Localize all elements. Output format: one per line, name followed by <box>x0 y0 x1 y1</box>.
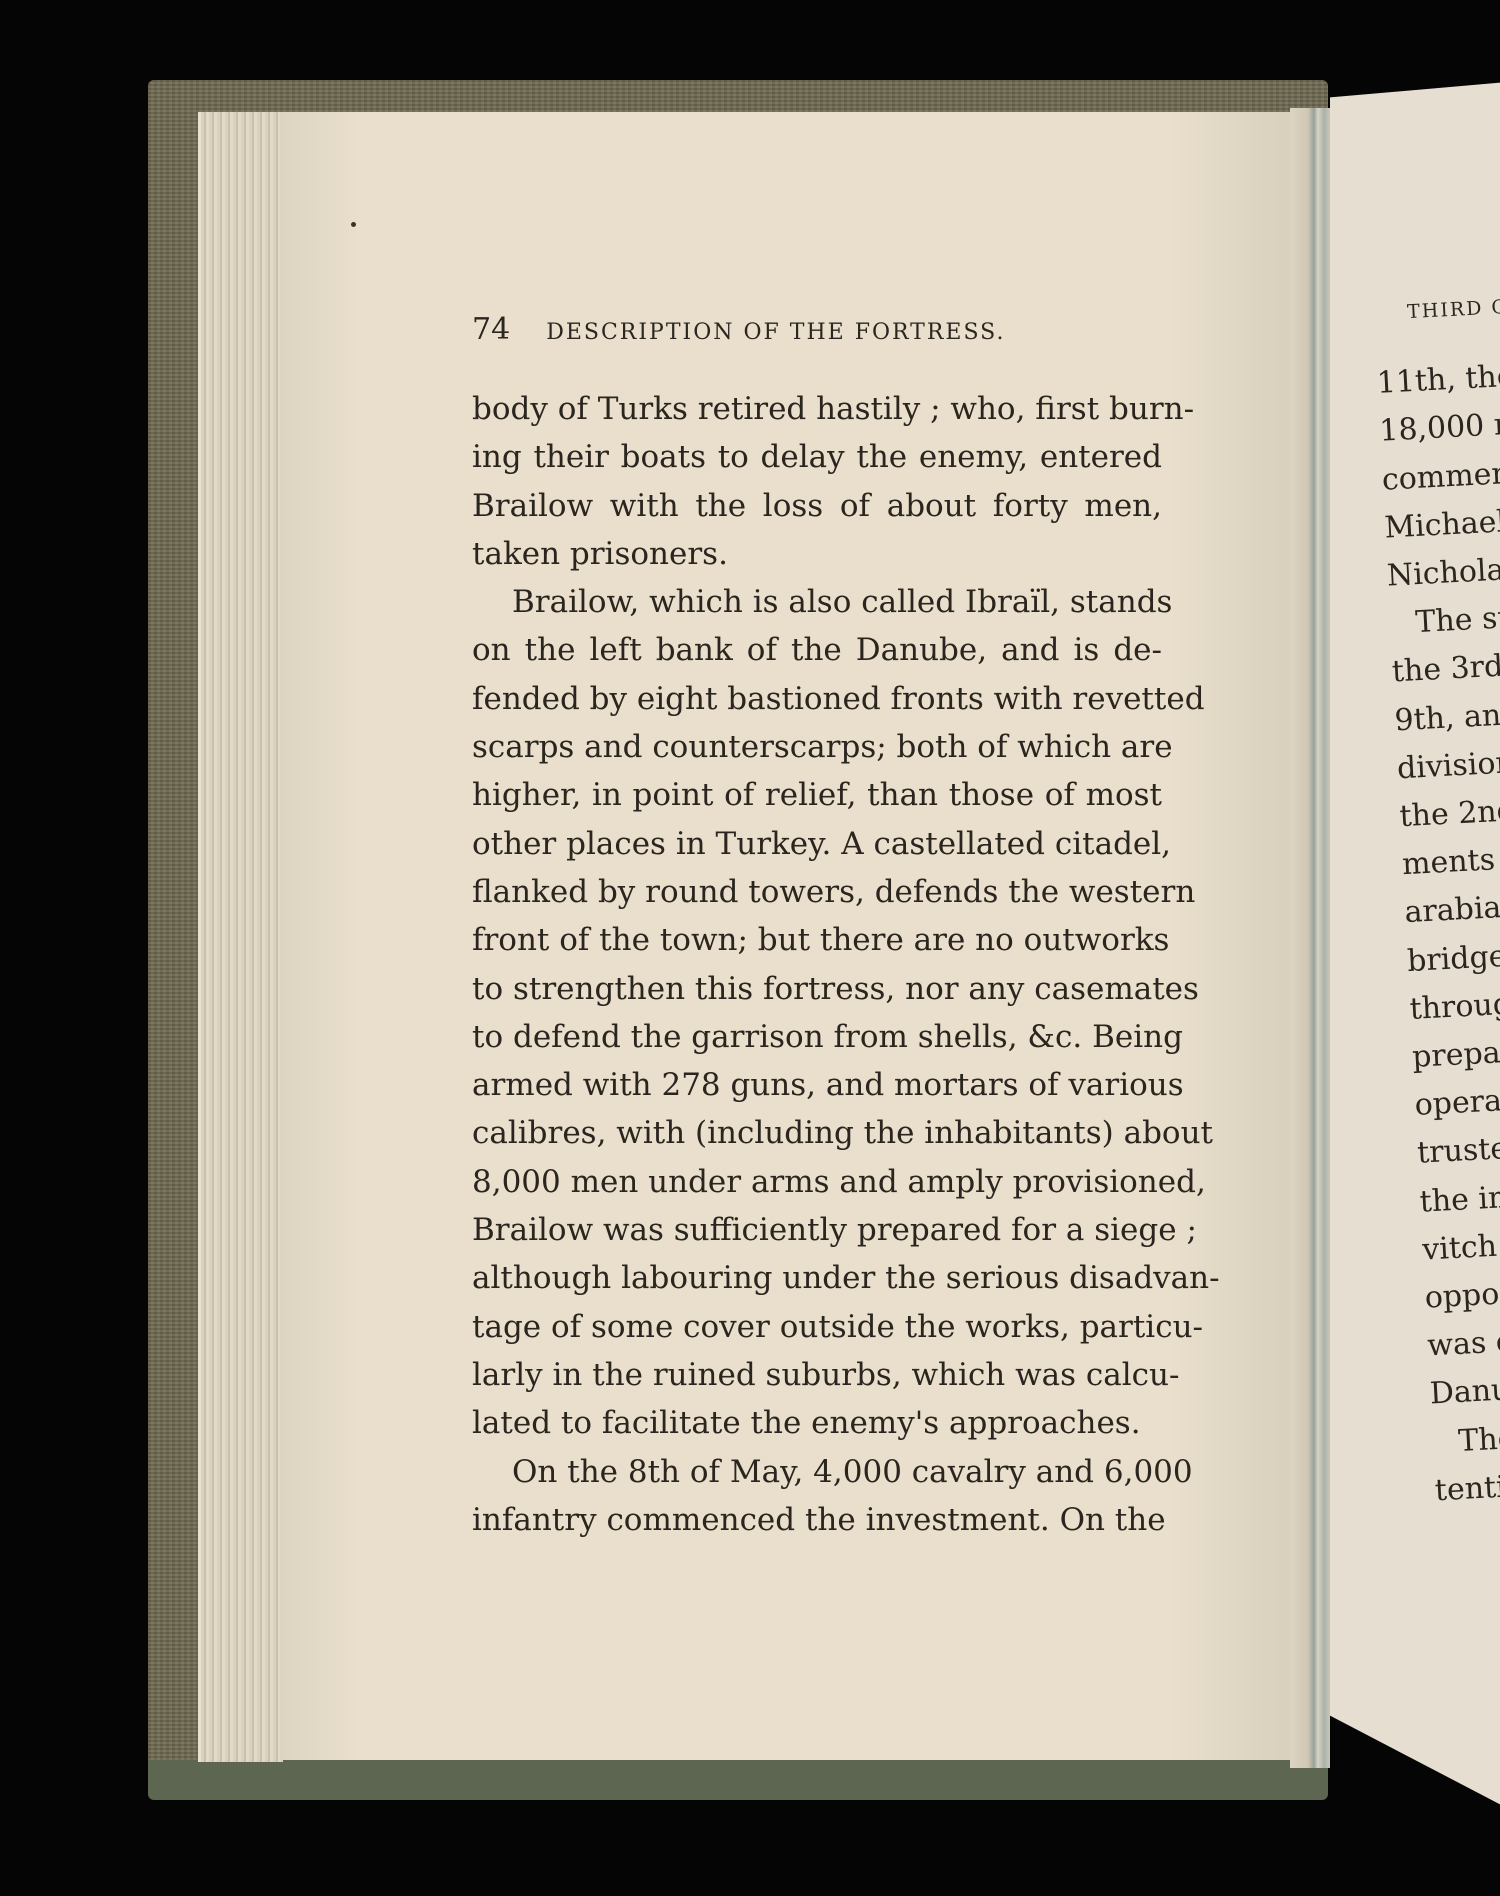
text-line: other places in Turkey. A castellated ci… <box>472 820 1162 868</box>
text-line: calibres, with (including the inhabitant… <box>472 1109 1162 1157</box>
text-line: front of the town; but there are no outw… <box>472 916 1162 964</box>
text-line: tention of p <box>1434 1459 1500 1516</box>
text-line: the 3rd—w <box>1391 641 1500 698</box>
text-line: 9th, and 1 <box>1393 689 1500 746</box>
text-line: ments of ( <box>1401 833 1500 890</box>
text-line: tage of some cover outside the works, pa… <box>472 1303 1162 1351</box>
text-line: flanked by round towers, defends the wes… <box>472 868 1162 916</box>
text-line: trusted, mo <box>1416 1122 1500 1179</box>
paragraph-start-line: Brailow, which is also called Ibraïl, st… <box>472 578 1162 626</box>
text-line: Danube. <box>1429 1363 1500 1420</box>
text-line: lated to facilitate the enemy's approach… <box>472 1399 1162 1447</box>
text-line: division of <box>1396 737 1500 794</box>
body-text: body of Turks retired hastily ; who, fir… <box>472 385 1162 1544</box>
right-running-head: THIRD C <box>1372 282 1500 339</box>
book-cover-bottom-edge <box>148 1760 1328 1800</box>
text-line: operations <box>1414 1074 1500 1131</box>
text-line: scarps and counterscarps; both of which … <box>472 723 1162 771</box>
page-edges <box>198 112 283 1762</box>
paragraph-start-line: The Turk <box>1431 1411 1500 1468</box>
text-line: higher, in point of relief, than those o… <box>472 771 1162 819</box>
text-line: to strengthen this fortress, nor any cas… <box>472 965 1162 1013</box>
text-line: opposite to <box>1424 1266 1500 1323</box>
text-line: vitch ; and <box>1421 1218 1500 1275</box>
text-line: 8,000 men under arms and amply provision… <box>472 1158 1162 1206</box>
text-line: 18,000 men <box>1378 400 1500 457</box>
text-line: bridge, and <box>1406 929 1500 986</box>
text-line: body of Turks retired hastily ; who, fir… <box>472 385 1162 433</box>
text-line: to defend the garrison from shells, &c. … <box>472 1013 1162 1061</box>
text-line: commenced <box>1381 448 1500 505</box>
running-head: 74 DESCRIPTION OF THE FORTRESS. <box>472 312 1162 347</box>
text-line: arabia, to g <box>1403 881 1500 938</box>
text-line: ing their boats to delay the enemy, ente… <box>472 433 1162 481</box>
text-line: taken prisoners. <box>472 530 1162 578</box>
text-line: Brailow with the loss of about forty men… <box>472 482 1162 530</box>
page-number: 74 <box>472 312 510 347</box>
paragraph-start-line: On the 8th of May, 4,000 cavalry and 6,0… <box>472 1448 1162 1496</box>
book-gutter <box>1290 108 1330 1768</box>
text-line: Nicholas hi <box>1386 544 1500 601</box>
running-head-title: DESCRIPTION OF THE FORTRESS. <box>546 320 1005 345</box>
paragraph-start-line: The stro <box>1388 592 1500 649</box>
text-line: larly in the ruined suburbs, which was c… <box>472 1351 1162 1399</box>
text-line: Michael ; w <box>1383 496 1500 553</box>
text-line: was constru <box>1426 1314 1500 1371</box>
text-line: fended by eight bastioned fronts with re… <box>472 675 1162 723</box>
text-line: the immedi <box>1419 1170 1500 1227</box>
text-line: although labouring under the serious dis… <box>472 1254 1162 1302</box>
ink-speck <box>351 222 356 227</box>
text-line: armed with 278 guns, and mortars of vari… <box>472 1061 1162 1109</box>
text-line: 11th, the b <box>1376 352 1500 409</box>
text-line: prepared, t <box>1411 1026 1500 1083</box>
text-line: infantry commenced the investment. On th… <box>472 1496 1162 1544</box>
text-line: through th <box>1408 978 1500 1035</box>
text-line: the 2nd M <box>1398 785 1500 842</box>
text-line: on the left bank of the Danube, and is d… <box>472 626 1162 674</box>
text-line: Brailow was sufficiently prepared for a … <box>472 1206 1162 1254</box>
